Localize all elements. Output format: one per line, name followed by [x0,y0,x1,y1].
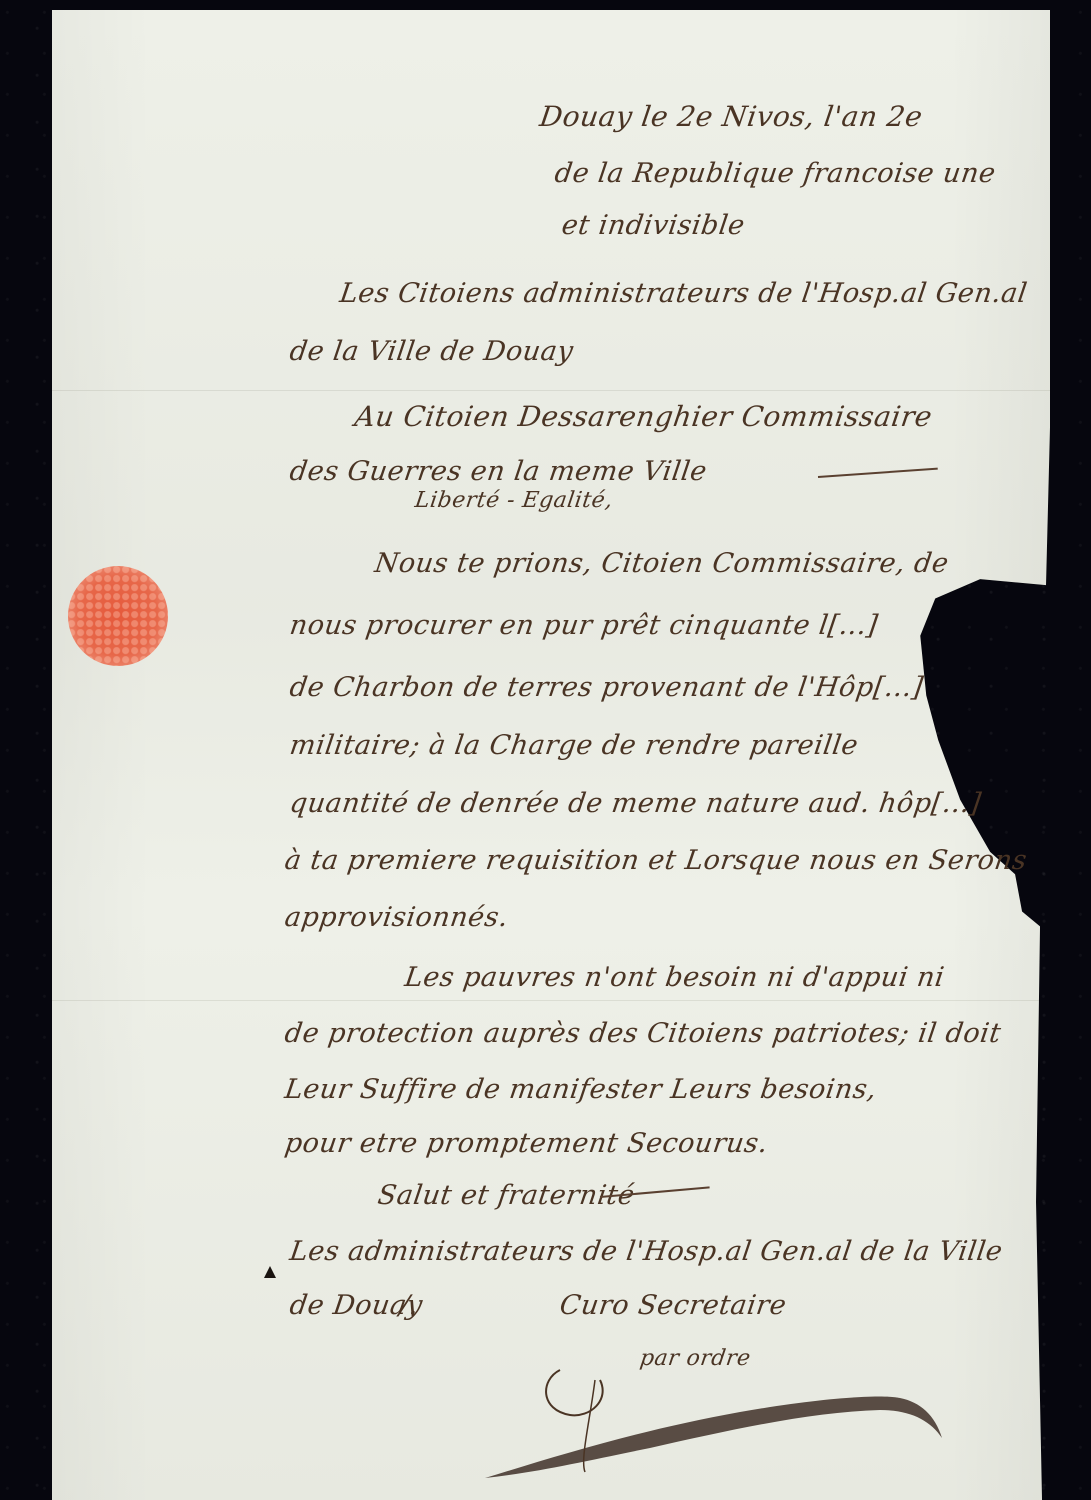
body-line-2: nous procurer en pur prêt cinquante l[..… [288,610,880,641]
body-line-6: à ta premiere requisition et Lorsque nou… [283,845,1029,876]
closing-salutation: Salut et fraternité [376,1180,637,1211]
body-line-4: militaire; à la Charge de rendre pareill… [288,730,860,761]
signature-line-1: Les administrateurs de l'Hosp.al Gen.al … [288,1236,1005,1267]
signature-mark: /. [398,1290,421,1321]
body2-line-3: Leur Suffire de manifester Leurs besoins… [283,1074,879,1105]
dateline-line-3: et indivisible [560,210,747,241]
red-wax-seal [68,566,168,666]
body-line-7: approvisionnés. [283,902,511,933]
body-line-3: de Charbon de terres provenant de l'Hôp[… [288,672,925,703]
signature-paraphe-flourish [480,1360,960,1480]
dateline-line-1: Douay le 2e Nivos, l'an 2e [538,100,925,133]
ink-mark [264,1266,276,1278]
sender-line-1: Les Citoiens administrateurs de l'Hosp.a… [338,278,1029,309]
body2-line-1: Les pauvres n'ont besoin ni d'appui ni [403,962,947,993]
body2-line-2: de protection auprès des Citoiens patrio… [283,1018,1003,1049]
paper-fold-line [52,390,1050,391]
paper-fold-line [52,1000,1050,1001]
sender-line-2: de la Ville de Douay [288,336,575,367]
signature-secretary: Curo Secretaire [558,1290,789,1321]
dateline-line-2: de la Republique francoise une [553,158,998,189]
addressee-line-1: Au Citoien Dessarenghier Commissaire [353,400,935,433]
revolutionary-motto: Liberté - Egalité, [413,488,614,513]
addressee-line-2: des Guerres en la meme Ville [288,456,709,487]
body-line-1: Nous te prions, Citoien Commissaire, de [373,548,951,579]
body2-line-4: pour etre promptement Secourus. [283,1128,770,1159]
body-line-5: quantité de denrée de meme nature aud. h… [288,788,983,819]
